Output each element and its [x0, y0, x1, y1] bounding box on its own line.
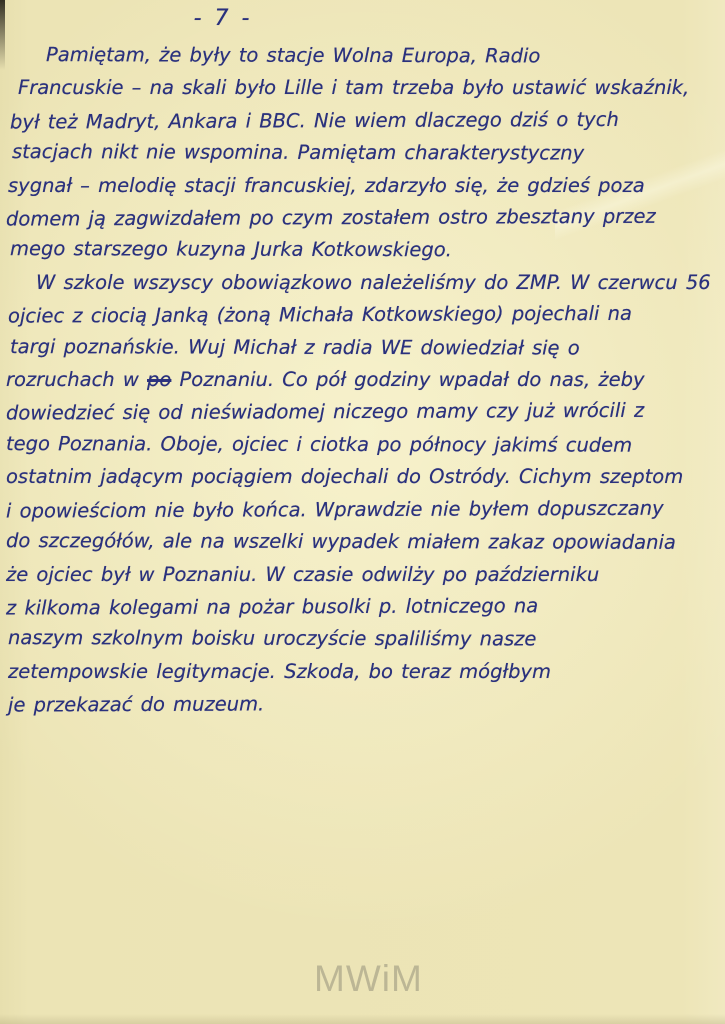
handwritten-segment: Poznaniu. Co pół godziny wpadał do nas, …: [171, 368, 644, 391]
handwritten-segment: był też Madryt, Ankara i BBC. Nie wiem d…: [10, 108, 619, 134]
handwritten-line: sygnał – melodię stacji francuskiej, zda…: [8, 170, 722, 202]
handwritten-segment: W szkole wszyscy obowiązkowo należeliśmy…: [36, 271, 711, 294]
handwritten-segment: zetempowskie legitymacje. Szkoda, bo ter…: [8, 660, 551, 683]
handwritten-segment: mego starszego kuzyna Jurka Kotkowskiego…: [10, 238, 452, 262]
handwritten-segment: sygnał – melodię stacji francuskiej, zda…: [8, 174, 645, 197]
paper-edge-shadow: [0, 1014, 725, 1024]
handwritten-line: był też Madryt, Ankara i BBC. Nie wiem d…: [10, 103, 722, 139]
handwritten-segment: stacjach nikt nie wspomina. Pamiętam cha…: [12, 140, 584, 164]
handwritten-segment: naszym szkolnym boisku uroczyście spalil…: [8, 626, 536, 650]
scanned-page: - 7 - Pamiętam, że były to stacje Wolna …: [0, 0, 725, 1024]
scan-edge-shadow: [0, 0, 5, 70]
handwritten-line: naszym szkolnym boisku uroczyście spalil…: [8, 622, 722, 656]
handwritten-line: zetempowskie legitymacje. Szkoda, bo ter…: [8, 656, 722, 688]
handwritten-segment: je przekazać do muzeum.: [8, 693, 264, 717]
handwritten-segment: do szczegółów, ale na wszelki wypadek mi…: [6, 529, 676, 554]
handwritten-line: mego starszego kuzyna Jurka Kotkowskiego…: [10, 234, 722, 268]
handwritten-line: ostatnim jadącym pociągiem dojechali do …: [6, 461, 722, 493]
handwritten-line: do szczegółów, ale na wszelki wypadek mi…: [6, 525, 722, 559]
handwritten-line: rozruchach w po Poznaniu. Co pół godziny…: [6, 364, 722, 396]
handwritten-line: targi poznańskie. Wuj Michał z radia WE …: [10, 331, 722, 365]
handwritten-line: domem ją zagwizdałem po czym zostałem os…: [6, 200, 722, 236]
handwritten-segment: domem ją zagwizdałem po czym zostałem os…: [6, 205, 656, 231]
handwritten-line: że ojciec był w Poznaniu. W czasie odwil…: [6, 559, 722, 591]
page-number: - 7 -: [188, 6, 258, 31]
handwritten-segment: tego Poznania. Oboje, ojciec i ciotka po…: [6, 432, 632, 457]
handwritten-line: je przekazać do muzeum.: [8, 687, 722, 723]
handwritten-segment: że ojciec był w Poznaniu. W czasie odwil…: [6, 563, 599, 586]
crossed-out-word: po: [147, 368, 171, 391]
handwritten-segment: z kilkoma kolegami na pożar busolki p. l…: [6, 594, 538, 619]
handwritten-segment: targi poznańskie. Wuj Michał z radia WE …: [10, 335, 580, 359]
handwritten-segment: i opowieściom nie było końca. Wprawdzie …: [6, 496, 664, 522]
archive-watermark: MWiM: [314, 958, 423, 1000]
handwritten-line: W szkole wszyscy obowiązkowo należeliśmy…: [36, 267, 722, 299]
handwritten-text-body: Pamiętam, że były to stacje Wolna Europa…: [6, 40, 722, 721]
handwritten-line: dowiedzieć się od nieświadomej niczego m…: [6, 395, 722, 431]
handwritten-segment: Pamiętam, że były to stacje Wolna Europa…: [46, 43, 540, 67]
handwritten-line: i opowieściom nie było końca. Wprawdzie …: [6, 492, 722, 528]
handwritten-segment: ojciec z ciocią Janką (żoną Michała Kotk…: [8, 302, 632, 328]
handwritten-line: ojciec z ciocią Janką (żoną Michała Kotk…: [8, 298, 722, 334]
handwritten-line: Pamiętam, że były to stacje Wolna Europa…: [46, 39, 722, 73]
handwritten-segment: Francuskie – na skali było Lille i tam t…: [18, 76, 689, 99]
handwritten-segment: dowiedzieć się od nieświadomej niczego m…: [6, 399, 644, 425]
handwritten-line: Francuskie – na skali było Lille i tam t…: [18, 72, 722, 104]
handwritten-line: tego Poznania. Oboje, ojciec i ciotka po…: [6, 428, 722, 462]
handwritten-segment: rozruchach w: [6, 368, 147, 391]
handwritten-line: stacjach nikt nie wspomina. Pamiętam cha…: [12, 136, 722, 170]
handwritten-line: z kilkoma kolegami na pożar busolki p. l…: [6, 589, 722, 625]
handwritten-segment: ostatnim jadącym pociągiem dojechali do …: [6, 465, 683, 488]
